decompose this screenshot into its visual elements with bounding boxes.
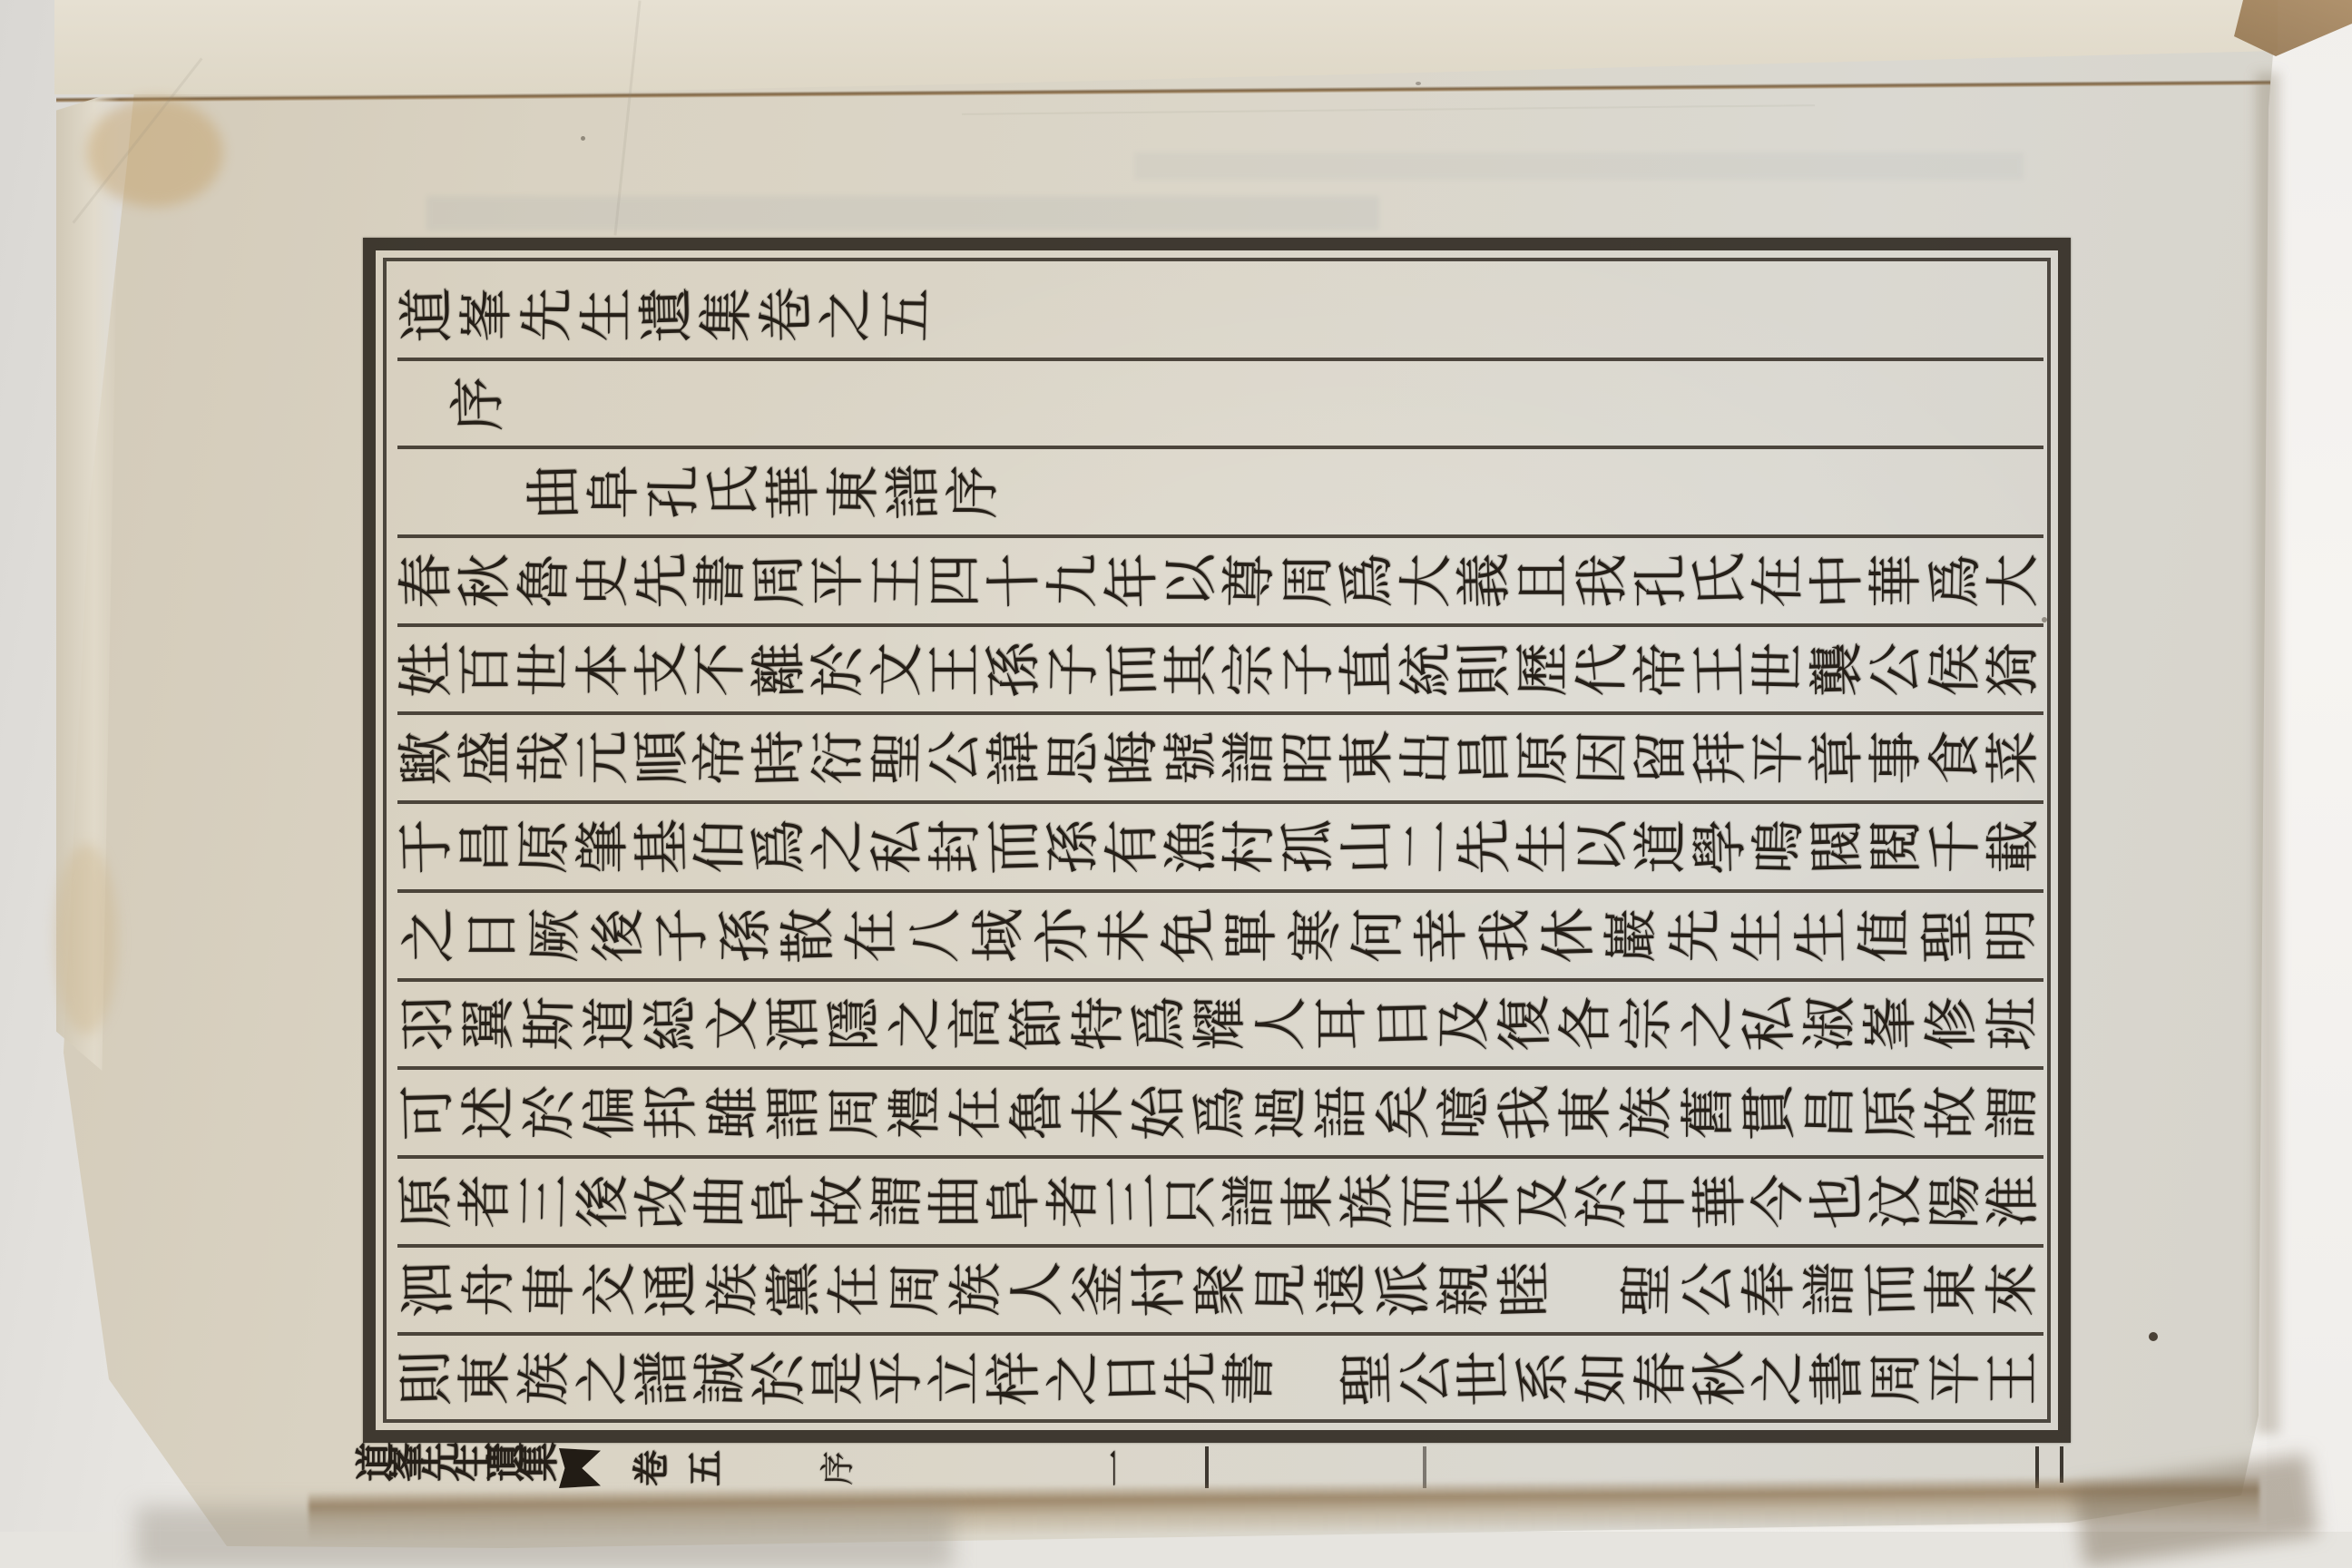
text-column-1: 道峯先生遺集卷之五 [397, 272, 2043, 361]
glyph-cell: 直 [1338, 627, 1397, 712]
glyph: 班 [1985, 996, 2041, 1052]
glyph: 侯 [1927, 642, 1983, 697]
glyph: 寒 [1288, 907, 1343, 963]
glyph-cell: 如 [1573, 1336, 1632, 1421]
glyph-cell: 歟 [397, 715, 456, 800]
glyph-cell: 斯 [519, 982, 580, 1067]
glyph-cell: 菜 [1984, 715, 2043, 800]
glyph: 謂 [1985, 1084, 2041, 1140]
glyph-cell: 阜 [985, 1159, 1044, 1244]
glyph-cell: 大 [1396, 538, 1455, 623]
glyph-cell: 閥 [1808, 804, 1867, 889]
glyph-cell: 世 [1749, 627, 1808, 712]
glyph: 本 [576, 642, 631, 697]
glyph: 後 [576, 1174, 631, 1229]
glyph-cell: 氏 [1690, 538, 1749, 623]
glyph: 先 [633, 552, 691, 609]
glyph: 縂 [643, 995, 701, 1053]
glyph: 雖 [705, 1084, 760, 1140]
glyph: 先 [1164, 1351, 1219, 1406]
glyph-cell: 黨 [763, 1248, 824, 1333]
glyph: 及 [1516, 1174, 1571, 1229]
glyph-cell: 故 [808, 1159, 867, 1244]
glyph-cell: 封 [926, 804, 985, 889]
glyph: 奉 [1740, 1261, 1798, 1318]
glyph-cell: 周 [1867, 1336, 1926, 1421]
book-photograph: 道峯先生遺集卷之五序曲阜孔氏華東譜序春秋魯史先書周平王四十九年以尊周爲大義且我孔… [0, 0, 2352, 1568]
glyph: 周 [750, 552, 808, 609]
glyph: 於 [750, 1349, 808, 1406]
glyph: 十 [986, 552, 1044, 609]
glyph: 誠 [693, 1350, 749, 1406]
glyph-cell: 系 [1514, 1336, 1573, 1421]
glyph: 聖 [1920, 906, 1977, 964]
glyph-cell: 東 [1279, 1159, 1338, 1244]
glyph: 而 [1862, 1261, 1919, 1318]
glyph: 者 [1045, 1173, 1101, 1229]
glyph: 謂 [869, 1173, 925, 1229]
glyph-cell: 族 [1617, 1070, 1678, 1155]
glyph-cell: 淮 [1984, 1159, 2043, 1244]
glyph: 值 [1857, 907, 1913, 963]
glyph: 譜 [1222, 730, 1278, 786]
glyph: 子 [1281, 642, 1336, 697]
glyph-cell: 子 [651, 893, 714, 978]
glyph-cell: 車 [519, 1248, 580, 1333]
glyph: 厥 [528, 907, 583, 963]
glyph-cell: 孫 [985, 627, 1044, 712]
glyph: 公 [928, 730, 983, 785]
text-column-5: 姓百世本支不離於文王孫子而其宗子直統則歷代帝王世襲公侯猗 [397, 627, 2043, 716]
glyph-cell: 峯 [1861, 982, 1922, 1067]
glyph-cell: 魯 [515, 538, 574, 623]
glyph: 汶 [1869, 1174, 1924, 1229]
glyph-cell: 帝 [691, 715, 750, 800]
glyph: 氏 [1691, 552, 1749, 609]
glyph-cell: 之 [1678, 982, 1739, 1067]
glyph: 族 [705, 1262, 760, 1318]
glyph-cell: 書 [1220, 1336, 1279, 1421]
glyph: 私 [1740, 995, 1798, 1053]
glyph-cell: 爲 [1129, 982, 1190, 1067]
glyph: 離 [750, 641, 808, 698]
glyph: 肇 [576, 819, 631, 874]
glyph-cell: 值 [1854, 893, 1917, 978]
glyph-cell: 十 [985, 538, 1044, 623]
glyph: 通 [643, 1261, 701, 1318]
glyph-cell: 遠 [1312, 1248, 1373, 1333]
glyph: 譜 [1802, 1262, 1857, 1318]
glyph: 先 [1668, 907, 1723, 963]
glyph: 而 [986, 818, 1044, 875]
glyph: 出 [1398, 730, 1454, 786]
glyph-cell: 生 [1514, 804, 1573, 889]
glyph-cell: 昌 [1799, 1070, 1860, 1155]
glyph: 衍 [811, 730, 866, 785]
glyph: 如 [1574, 1350, 1630, 1406]
glyph: 村 [1222, 818, 1278, 874]
glyph: 順 [633, 730, 691, 787]
glyph: 述 [462, 1085, 516, 1140]
glyph: 域 [972, 908, 1026, 963]
glyph-cell: 九 [1044, 538, 1103, 623]
glyph-cell: 閱 [1867, 804, 1926, 889]
glyph: 偏 [583, 1085, 638, 1140]
text-column-11: 原者三後改曲阜故謂曲阜者三只譜東族而未及於中華今也汶陽淮 [397, 1159, 2043, 1248]
glyph: 之 [1681, 996, 1736, 1051]
glyph-cell: 尊 [1220, 538, 1279, 623]
glyph-cell: 奉 [1739, 1248, 1799, 1333]
glyph: 則 [398, 1349, 456, 1406]
glyph: 散 [780, 906, 838, 964]
glyph: 平 [1927, 1350, 1983, 1406]
glyph: 爲 [1193, 1085, 1248, 1140]
glyph-cell: 厥 [524, 893, 588, 978]
glyph-cell: 晦 [1102, 715, 1161, 800]
glyph: 舟 [462, 1262, 516, 1317]
glyph: 族 [516, 1350, 572, 1406]
glyph-cell: 人 [1251, 982, 1312, 1067]
glyph: 元 [576, 730, 631, 785]
glyph: 原 [516, 818, 572, 874]
glyph-cell: 周 [1279, 538, 1338, 623]
glyph: 阜 [587, 465, 642, 519]
glyph: 於 [811, 642, 866, 697]
glyph: 譜 [633, 1349, 691, 1406]
glyph-cell: 耀 [1190, 982, 1250, 1067]
glyph-cell: 章 [1808, 715, 1867, 800]
glyph: 高 [949, 996, 1004, 1051]
glyph-cell: 我 [1494, 1070, 1555, 1155]
glyph-cell: 爲 [750, 804, 809, 889]
glyph: 陽 [1927, 1173, 1983, 1229]
glyph: 春 [1634, 1351, 1689, 1406]
glyph-cell: 及 [1434, 982, 1494, 1067]
glyph-cell: 爲 [1190, 1070, 1250, 1155]
folding-margin-section: 序 [820, 1445, 860, 1492]
glyph-cell: 中 [1632, 1159, 1690, 1244]
glyph-cell: 謂 [867, 1159, 926, 1244]
glyph-cell: 譜 [1220, 1159, 1279, 1244]
glyph-cell: 史 [573, 538, 632, 623]
glyph: 之 [1045, 1350, 1101, 1406]
glyph: 亦 [1034, 906, 1091, 964]
folding-margin-volume: 卷五 [633, 1445, 724, 1492]
glyph-cell: 義 [1455, 538, 1514, 623]
glyph: 宗 [1222, 642, 1278, 697]
text-column-13: 則東族之譜誠於是乎立梓之日先書聖公世系如春秋之書周平王 [397, 1336, 2043, 1421]
glyph: 尊 [1222, 553, 1278, 608]
glyph: 王 [928, 642, 983, 697]
glyph: 閱 [1869, 819, 1924, 874]
glyph: 孔 [1634, 554, 1689, 608]
glyph-cell: 寒 [1284, 893, 1347, 978]
glyph: 五 [688, 1450, 724, 1486]
glyph-cell: 周 [824, 1070, 885, 1155]
glyph: 生 [1516, 819, 1571, 874]
glyph: 東 [1338, 730, 1396, 787]
glyph: 東 [826, 465, 881, 520]
glyph: 孫 [986, 641, 1044, 698]
glyph: 支 [633, 641, 691, 698]
glyph-cell: 集 [697, 272, 757, 358]
glyph: 卷 [633, 1450, 670, 1486]
glyph: 以 [1164, 554, 1219, 608]
glyph-cell: 阜 [584, 449, 644, 534]
glyph: 改 [633, 1172, 691, 1230]
shadow-bottom-left [136, 1506, 953, 1568]
glyph-cell: 於 [808, 627, 867, 712]
glyph-cell: 在 [1749, 538, 1808, 623]
glyph: 原 [1862, 1083, 1919, 1141]
glyph-cell: 鳴 [1749, 804, 1808, 889]
glyph: 譜 [885, 464, 942, 521]
glyph-cell: 譜 [884, 449, 944, 534]
glyph: 哉 [516, 730, 572, 786]
glyph: 於 [1574, 1173, 1630, 1229]
glyph: 休 [1540, 906, 1597, 964]
glyph: 歟 [398, 730, 456, 787]
glyph-cell: 序 [448, 361, 508, 446]
glyph: 特 [1071, 996, 1126, 1052]
glyph: 直 [1338, 641, 1396, 698]
glyph-cell: 周 [750, 538, 809, 623]
glyph: 梓 [986, 1349, 1044, 1406]
glyph: 舊 [1681, 1085, 1736, 1140]
glyph: 我 [1574, 553, 1630, 608]
glyph-cell: 而 [1102, 627, 1161, 712]
glyph-cell: 通 [642, 1248, 702, 1333]
glyph-cell: 巖 [1601, 893, 1664, 978]
glyph: 子 [1045, 642, 1101, 697]
glyph-cell: 曲 [926, 1159, 985, 1244]
glyph: 明 [1984, 908, 2039, 963]
glyph-cell: 伯 [691, 804, 750, 889]
glyph: 一 [1098, 1449, 1136, 1487]
text-column-12: 泗舟車交通族黨在周族人釜村聚見遠派親睦聖公奉譜而東來 [397, 1248, 2043, 1337]
glyph: 乎 [869, 1350, 925, 1406]
honorific-space [1279, 1336, 1338, 1421]
glyph: 伯 [693, 818, 749, 874]
glyph-cell: 思 [1044, 715, 1103, 800]
glyph: 周 [887, 1262, 943, 1318]
glyph: 矣 [1375, 1083, 1432, 1141]
glyph-cell: 其 [1161, 627, 1220, 712]
glyph-cell: 子 [1279, 627, 1338, 712]
glyph-cell: 以 [1161, 538, 1220, 623]
glyph: 思 [1045, 730, 1101, 786]
glyph: 生 [1731, 908, 1786, 963]
glyph-cell: 宗 [1617, 982, 1678, 1067]
glyph-cell: 禮 [886, 1070, 946, 1155]
glyph: 免 [1160, 906, 1217, 964]
glyph: 閥 [1808, 818, 1866, 875]
glyph-cell: 來 [1983, 1248, 2043, 1333]
glyph: 後 [592, 908, 646, 963]
glyph: 王 [869, 553, 925, 608]
glyph-cell: 歷 [1514, 627, 1573, 712]
glyph: 序 [820, 1451, 855, 1485]
glyph-cell: 休 [1537, 893, 1601, 978]
glyph: 之 [887, 996, 943, 1052]
glyph: 世 [1751, 642, 1807, 697]
glyph-cell: 域 [967, 893, 1031, 978]
glyph: 山 [1338, 818, 1396, 875]
glyph-cell: 二 [1396, 804, 1455, 889]
glyph: 不 [693, 642, 749, 697]
glyph-cell: 不 [691, 627, 750, 712]
text-column-6: 歟盛哉元順帝時衍聖公諱思晦號譜昭東出昌原因留拜平章事食菜 [397, 715, 2043, 804]
glyph-cell: 目 [1373, 982, 1434, 1067]
fishtail-mark-icon [559, 1445, 613, 1492]
glyph: 八 [907, 907, 963, 963]
glyph-cell: 貫 [1739, 1070, 1799, 1155]
glyph-cell: 復 [1494, 982, 1555, 1067]
glyph-cell: 離 [750, 627, 809, 712]
glyph-cell: 謂 [763, 1070, 824, 1155]
glyph-cell: 而 [1861, 1248, 1922, 1333]
glyph: 我 [1477, 907, 1533, 963]
glyph-cell: 基 [632, 804, 691, 889]
glyph: 義 [1456, 552, 1514, 609]
glyph: 春 [398, 552, 456, 609]
glyph: 單 [1225, 908, 1279, 963]
glyph-cell: 之 [808, 804, 867, 889]
glyph: 是 [811, 1351, 866, 1406]
glyph: 在 [1751, 553, 1807, 608]
glyph: 及 [1436, 996, 1492, 1052]
glyph: 集 [520, 1455, 560, 1482]
glyph: 峯 [1862, 995, 1919, 1053]
glyph: 華 [1691, 1172, 1749, 1230]
glyph-cell: 村 [1129, 1248, 1190, 1333]
glyph-cell: 之 [1749, 1336, 1808, 1421]
glyph-cell: 親 [1434, 1248, 1494, 1333]
glyph-cell: 事 [1867, 715, 1926, 800]
glyph-cell: 秋 [1690, 1336, 1749, 1421]
glyph: 封 [928, 819, 983, 874]
glyph: 三 [1103, 1172, 1161, 1230]
glyph-cell: 交 [581, 1248, 642, 1333]
glyph-cell: 之 [1044, 1336, 1103, 1421]
glyph-cell: 哉 [515, 715, 574, 800]
glyph: 華 [765, 464, 822, 521]
glyph: 九 [1045, 553, 1101, 608]
glyph-cell: 千 [1926, 804, 1984, 889]
glyph: 派 [1375, 1261, 1432, 1318]
glyph: 曲 [928, 1174, 983, 1229]
glyph-cell: 之 [573, 1336, 632, 1421]
glyph: 諱 [986, 730, 1044, 787]
glyph-cell: 故 [1922, 1070, 1983, 1155]
glyph-cell: 隱 [824, 982, 885, 1067]
glyph: 千 [1927, 818, 1983, 874]
glyph-cell: 偏 [581, 1070, 642, 1155]
glyph: 章 [1808, 730, 1866, 787]
glyph: 語 [1315, 1085, 1369, 1140]
glyph-cell: 今 [1749, 1159, 1808, 1244]
glyph: 見 [1254, 1262, 1309, 1318]
glyph: 其 [1164, 642, 1219, 697]
glyph-cell: 立 [926, 1336, 985, 1421]
glyph-cell: 及 [1514, 1159, 1573, 1244]
glyph: 之 [1751, 1350, 1807, 1406]
glyph: 帝 [1634, 642, 1689, 697]
glyph-cell: 未 [1093, 893, 1157, 978]
glyph: 孤 [1281, 819, 1336, 874]
glyph-cell: 號 [1161, 715, 1220, 800]
glyph-cell: 大 [1984, 538, 2043, 623]
glyph: 人 [1254, 996, 1309, 1052]
glyph: 魯 [516, 553, 572, 608]
glyph: 爲 [750, 818, 808, 875]
glyph: 拜 [1691, 730, 1749, 787]
glyph-cell: 高 [946, 982, 1007, 1067]
glyph-cell: 盛 [456, 715, 515, 800]
glyph: 四 [928, 554, 983, 608]
glyph-cell: 衍 [808, 715, 867, 800]
glyph-cell: 修 [1922, 982, 1983, 1067]
glyph-cell: 原 [397, 1159, 456, 1244]
glyph-cell: 公 [926, 715, 985, 800]
glyph-cell: 爲 [1338, 538, 1397, 623]
glyph-cell: 泗 [397, 1248, 458, 1333]
glyph: 序 [449, 375, 506, 432]
glyph-cell: 節 [1007, 982, 1068, 1067]
glyph-cell: 華 [764, 449, 824, 534]
glyph: 曲 [693, 1173, 749, 1229]
glyph-cell: 在 [824, 1248, 885, 1333]
glyph-cell: 派 [1373, 1248, 1434, 1333]
glyph: 有 [1103, 818, 1161, 875]
glyph-cell: 書 [1808, 1336, 1867, 1421]
glyph: 秋 [1691, 1349, 1749, 1406]
glyph-cell: 者 [456, 1159, 515, 1244]
glyph-cell: 出 [1396, 715, 1455, 800]
glyph-cell: 聚 [1190, 1248, 1250, 1333]
glyph: 系 [1516, 1351, 1571, 1406]
glyph-cell: 明 [1980, 893, 2043, 978]
glyph: 統 [1398, 642, 1454, 697]
glyph-cell: 先 [1455, 804, 1514, 889]
glyph: 在 [828, 1262, 882, 1317]
glyph: 譜 [1222, 1173, 1278, 1229]
glyph-cell: 翼 [458, 982, 519, 1067]
glyph: 學 [1691, 818, 1749, 875]
glyph-cell: 之 [886, 982, 946, 1067]
glyph: 留 [1634, 730, 1689, 785]
glyph-cell: 羽 [397, 982, 458, 1067]
folding-margin-title: 道峯先生遺集 [363, 1445, 554, 1492]
glyph-cell: 孫 [1044, 804, 1103, 889]
glyph: 百 [458, 642, 513, 697]
glyph: 王 [1986, 1351, 2041, 1406]
glyph-cell: 幸 [1410, 893, 1474, 978]
glyph-cell: 陽 [1926, 1159, 1984, 1244]
glyph-cell: 孔 [644, 449, 704, 534]
glyph: 黨 [765, 1261, 822, 1318]
glyph-cell: 各 [1556, 982, 1617, 1067]
glyph-cell: 汶 [1867, 1159, 1926, 1244]
glyph-cell: 族 [1338, 1159, 1397, 1244]
glyph-cell: 侯 [1926, 627, 1984, 712]
glyph: 峯 [460, 288, 514, 342]
glyph: 復 [1496, 995, 1553, 1053]
glyph: 昭 [1281, 730, 1336, 785]
glyph-cell: 東 [1922, 1248, 1983, 1333]
glyph: 日 [1103, 1349, 1161, 1406]
glyph: 華 [1869, 554, 1924, 608]
